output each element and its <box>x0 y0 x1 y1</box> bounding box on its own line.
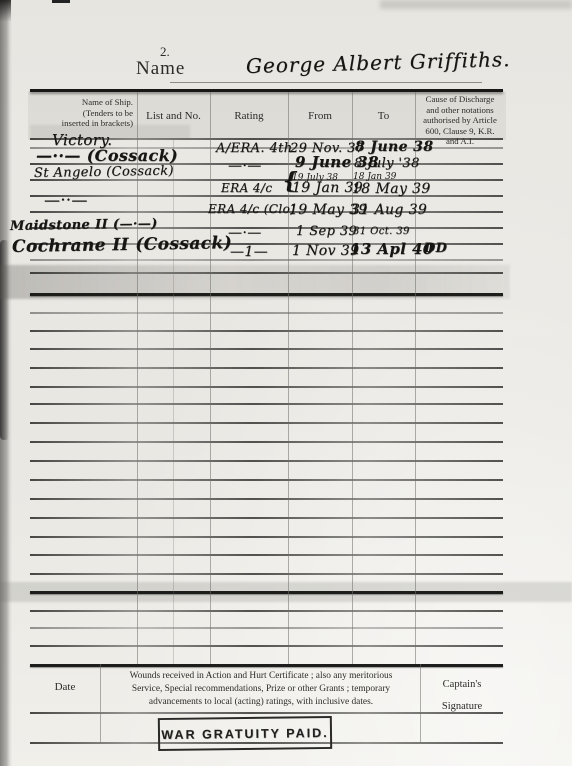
ruled-line <box>30 403 503 405</box>
column-header-rating: Rating <box>210 110 288 122</box>
name-handwritten: George Albert Griffiths. <box>246 47 511 78</box>
footer-sig-line: Signature <box>421 696 503 718</box>
entry-ship: Cochrane II (Cossack) <box>12 233 232 257</box>
footer-captains-signature-label: Captain's Signature <box>421 674 503 718</box>
scan-mark-artifact <box>52 0 70 3</box>
footer-note-line: advancements to local (acting) ratings, … <box>104 696 418 709</box>
ruled-line <box>30 441 503 443</box>
ruled-line <box>30 591 503 594</box>
header-line: 600, Clause 9, K.R. <box>416 126 504 137</box>
scan-corner-artifact <box>0 0 11 22</box>
entry-ship: Maidstone II (—·—) <box>10 216 158 234</box>
ruled-line <box>30 312 503 314</box>
ruled-line <box>30 367 503 369</box>
column-header-from: From <box>288 110 352 122</box>
entry-ship: —··— <box>44 190 88 209</box>
name-underline <box>170 82 482 83</box>
column-header-ship: Name of Ship. (Tenders to be inserted in… <box>32 97 135 129</box>
scan-edge-artifact <box>0 0 12 766</box>
entry-to: 31 Oct. 39 <box>353 226 410 237</box>
column-divider <box>415 92 416 664</box>
war-gratuity-stamp: WAR GRATUITY PAID. <box>158 716 332 751</box>
entry-rating: ERA 4/c <box>221 181 272 195</box>
ruled-line <box>30 627 503 629</box>
column-divider <box>210 92 211 664</box>
header-line: authorised by Article <box>416 115 504 126</box>
ruled-line <box>30 536 503 538</box>
footer-note: Wounds received in Action and Hurt Certi… <box>104 670 418 709</box>
ruled-line <box>30 386 503 388</box>
entry-rating: A/ERA. 4th <box>216 141 293 156</box>
scan-edge-artifact <box>0 240 9 440</box>
ruled-line <box>30 554 503 556</box>
scan-smudge <box>380 0 572 9</box>
ruled-line <box>30 348 503 350</box>
entry-rating: ERA 4/c (Clo) <box>208 202 295 216</box>
header-line: inserted in brackets) <box>32 118 133 129</box>
entry-from: 1 Sep 39 <box>296 224 357 239</box>
ruled-line <box>30 330 503 332</box>
ruled-line <box>30 293 503 296</box>
column-header-list-no: List and No. <box>137 110 210 122</box>
ruled-line <box>30 195 503 197</box>
ruled-line <box>30 272 503 274</box>
column-divider <box>173 140 174 664</box>
name-label: Name <box>136 58 185 80</box>
ruled-line <box>30 517 503 519</box>
footer-date-label: Date <box>30 681 100 693</box>
footer-sig-line: Captain's <box>421 674 503 696</box>
entry-rating: —·— <box>228 158 262 174</box>
entry-rating: —·— <box>228 225 262 241</box>
header-line: Cause of Discharge <box>416 94 504 105</box>
footer-note-line: Wounds received in Action and Hurt Certi… <box>104 670 418 683</box>
entry-rating: —1— <box>230 244 268 260</box>
ruled-line <box>30 645 503 647</box>
entry-ship: —··— (Cossack) <box>36 146 178 165</box>
ruled-line <box>30 498 503 500</box>
column-divider <box>100 664 101 742</box>
entry-to: 13 Apl 40 <box>350 240 434 258</box>
header-line: Name of Ship. <box>32 97 133 108</box>
table-top-border <box>30 89 503 92</box>
ruled-line <box>30 610 503 612</box>
entry-to: 31 Aug 39 <box>351 202 427 218</box>
entry-ship: St Angelo (Cossack) <box>34 164 174 181</box>
entry-to: 18 May 39 <box>352 181 431 197</box>
column-header-to: To <box>352 110 415 122</box>
header-line: and other notations <box>416 105 504 116</box>
entry-cause: DD <box>424 241 447 256</box>
entry-to: 8 July '38 <box>354 156 420 171</box>
footer-note-line: Service, Special recommendations, Prize … <box>104 683 418 696</box>
ruled-line <box>30 422 503 424</box>
service-record-page: 2. Name George Albert Griffiths. Name of… <box>0 0 572 766</box>
ruled-line <box>30 479 503 481</box>
header-line: (Tenders to be <box>32 108 133 119</box>
ruled-line <box>30 573 503 575</box>
ruled-line <box>30 460 503 462</box>
